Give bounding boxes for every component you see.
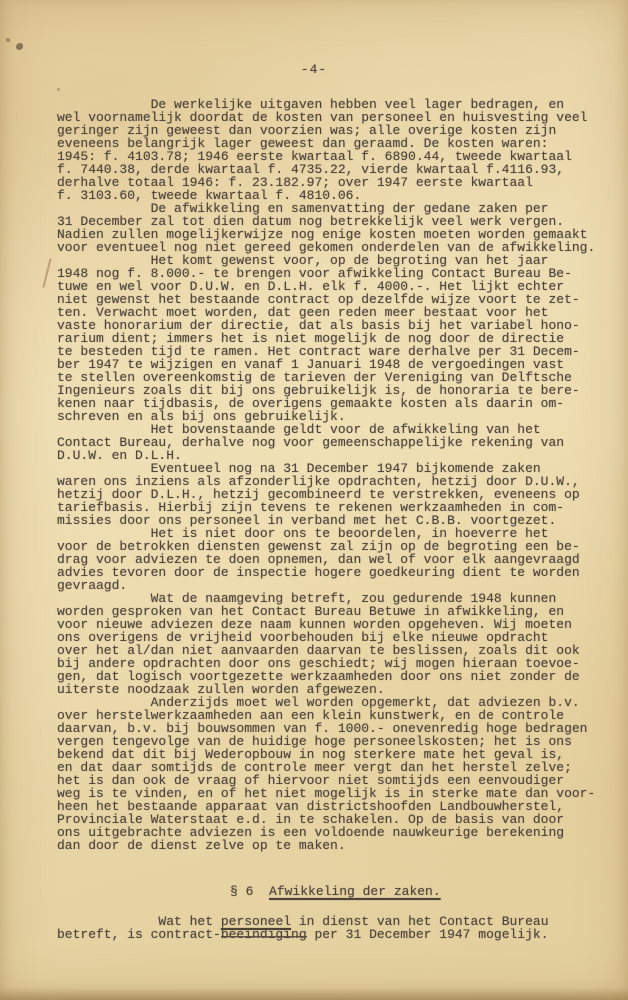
personnel-text-part3: per 31 December 1947 mogelijk. (307, 927, 549, 942)
personnel-struck-word: beeindiging (221, 927, 307, 942)
paper-stain-speck (16, 43, 23, 50)
paragraph-costs-overview: De werkelijke uitgaven hebben veel lager… (57, 98, 617, 202)
paragraph-naming: Wat de naamgeving betreft, zou gedurende… (57, 592, 617, 696)
section-heading-spacer (253, 884, 269, 899)
section-marker: § 6 (230, 884, 253, 899)
paragraph-settlement-summary: De afwikkeling en samenvatting der gedan… (57, 202, 617, 254)
margin-pencil-mark (42, 258, 51, 288)
page-number: -4- (0, 62, 628, 77)
paragraph-personnel: Wat het personeel in dienst van het Cont… (57, 915, 617, 941)
section-heading: § 6 Afwikkeling der zaken. (230, 885, 617, 898)
document-page: -4- De werkelijke uitgaven hebben veel l… (0, 0, 628, 1000)
paragraph-remark-advices: Anderzijds moet wel worden opgemerkt, da… (57, 696, 617, 852)
paragraph-budget-1948: Het komt gewenst voor, op de begroting v… (57, 254, 617, 423)
section-heading-title: Afwikkeling der zaken. (269, 884, 441, 899)
paper-stain-speck (57, 88, 60, 91)
paper-stain-speck (6, 38, 10, 42)
document-body: De werkelijke uitgaven hebben veel lager… (57, 98, 617, 941)
paragraph-budget-judgment: Het is niet door ons te beoordelen, in h… (57, 527, 617, 592)
paragraph-additional-matters: Eventueel nog na 31 December 1947 bijkom… (57, 462, 617, 527)
paragraph-scope-note: Het bovenstaande geldt voor de afwikkeli… (57, 423, 617, 462)
page-bottom-shadow (0, 988, 628, 1000)
